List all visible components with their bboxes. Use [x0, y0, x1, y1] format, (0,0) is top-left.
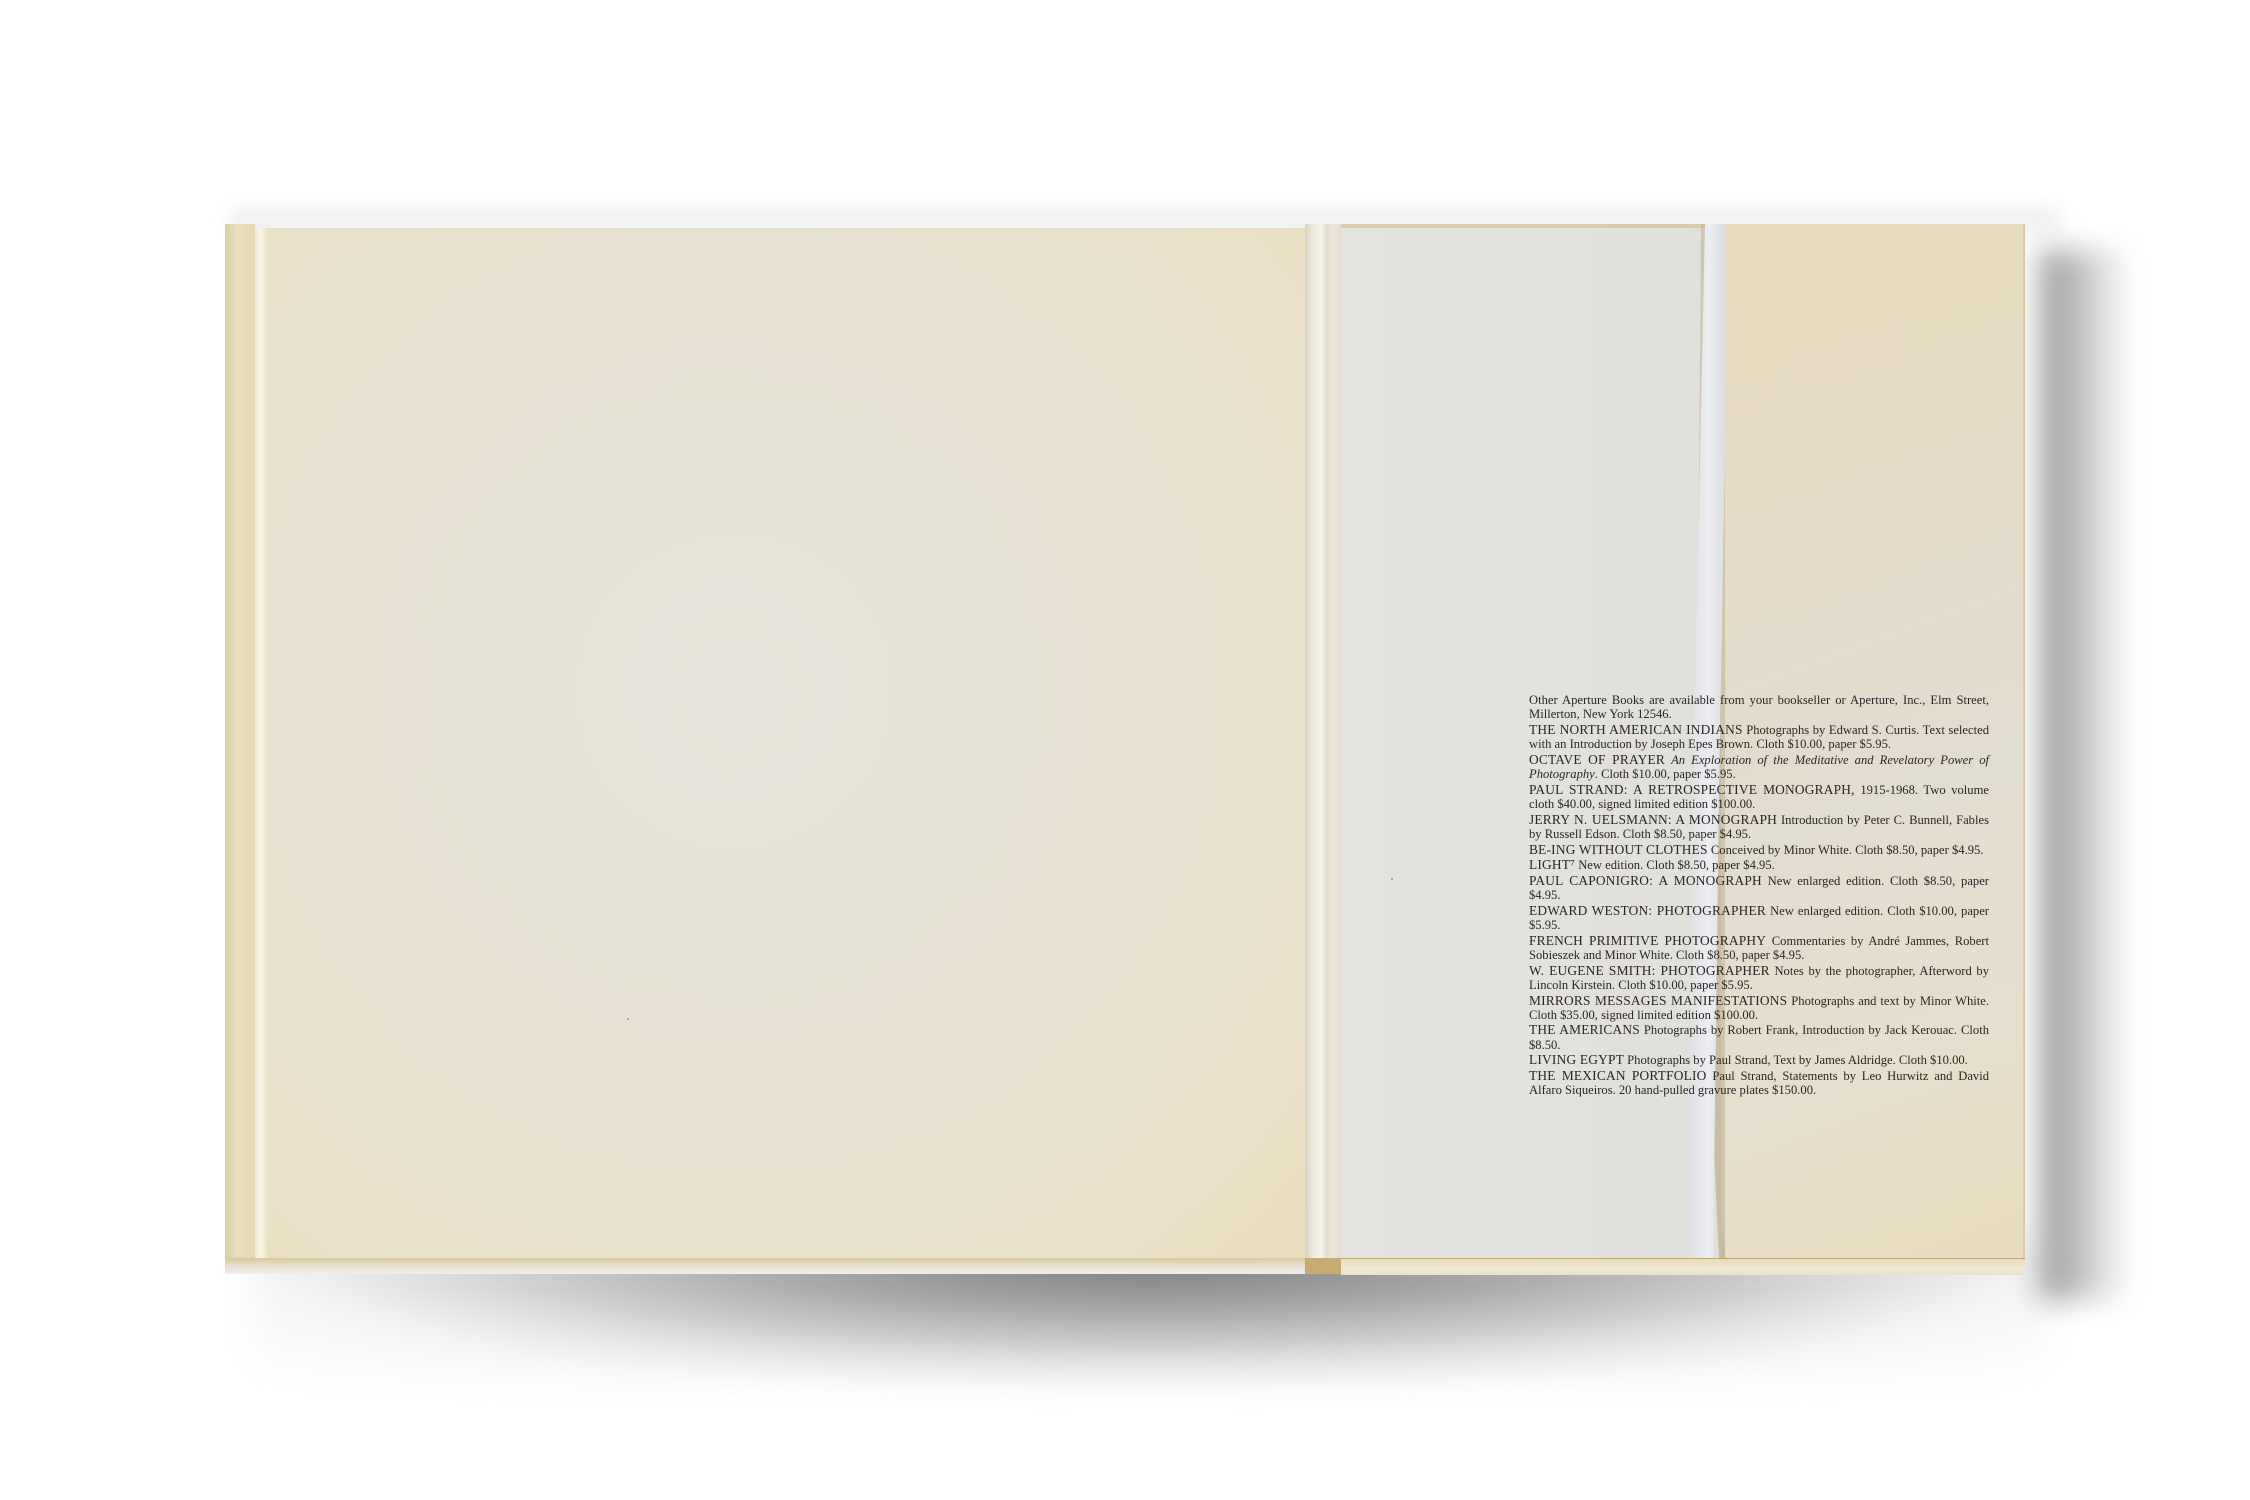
book-title: JERRY N. UELSMANN: A MONOGRAPH — [1529, 812, 1777, 827]
book-title: PAUL CAPONIGRO: A MONOGRAPH — [1529, 873, 1762, 888]
book-title: OCTAVE OF PRAYER — [1529, 752, 1665, 767]
book-title: LIGHT⁷ — [1529, 857, 1575, 872]
front-cover-bottom-edge — [1341, 1258, 2025, 1275]
paper-speck — [1391, 878, 1393, 880]
book-entry: LIVING EGYPT Photographs by Paul Strand,… — [1529, 1053, 1989, 1067]
book-title: LIVING EGYPT — [1529, 1052, 1624, 1067]
photo-stage: Other Aperture Books are available from … — [0, 0, 2250, 1500]
left-bottom-edge — [225, 1258, 1305, 1274]
book-title: MIRRORS MESSAGES MANIFESTATIONS — [1529, 993, 1787, 1008]
book-description: New edition. Cloth $8.50, paper $4.95. — [1578, 858, 1775, 872]
book-entry: JERRY N. UELSMANN: A MONOGRAPH Introduct… — [1529, 813, 1989, 841]
book-title: EDWARD WESTON: PHOTOGRAPHER — [1529, 903, 1766, 918]
book-entry: FRENCH PRIMITIVE PHOTOGRAPHY Commentarie… — [1529, 934, 1989, 962]
back-cover-board-edge — [225, 224, 255, 1272]
book-title: BE-ING WITHOUT CLOTHES — [1529, 842, 1708, 857]
book-description: Conceived by Minor White. Cloth $8.50, p… — [1711, 843, 1984, 857]
book-description: Photographs by Paul Strand, Text by Jame… — [1627, 1053, 1968, 1067]
book-entry: PAUL STRAND: A RETROSPECTIVE MONOGRAPH, … — [1529, 783, 1989, 811]
flap-intro: Other Aperture Books are available from … — [1529, 693, 1989, 721]
book-title: THE NORTH AMERICAN INDIANS — [1529, 722, 1743, 737]
paper-speck — [627, 1018, 629, 1020]
book-right-shadow — [2040, 250, 2130, 1300]
book-entry: EDWARD WESTON: PHOTOGRAPHER New enlarged… — [1529, 904, 1989, 932]
other-aperture-books-list: Other Aperture Books are available from … — [1529, 693, 1989, 1099]
blank-left-page — [267, 228, 1305, 1258]
book-title: THE AMERICANS — [1529, 1022, 1640, 1037]
book-description: . Cloth $10.00, paper $5.95. — [1595, 767, 1736, 781]
book-title: THE MEXICAN PORTFOLIO — [1529, 1068, 1707, 1083]
book-entry: THE NORTH AMERICAN INDIANS Photographs b… — [1529, 723, 1989, 751]
book-title: FRENCH PRIMITIVE PHOTOGRAPHY — [1529, 933, 1766, 948]
book-entry: PAUL CAPONIGRO: A MONOGRAPH New enlarged… — [1529, 874, 1989, 902]
book-entry: THE AMERICANS Photographs by Robert Fran… — [1529, 1023, 1989, 1051]
book-entry: OCTAVE OF PRAYER An Exploration of the M… — [1529, 753, 1989, 781]
book-entry: MIRRORS MESSAGES MANIFESTATIONS Photogra… — [1529, 994, 1989, 1022]
book-title: PAUL STRAND: A RETROSPECTIVE MONOGRAPH, — [1529, 782, 1855, 797]
spine-bottom-wear — [1305, 1258, 1345, 1274]
book-entry: BE-ING WITHOUT CLOTHES Conceived by Mino… — [1529, 843, 1989, 857]
book-entry: THE MEXICAN PORTFOLIO Paul Strand, State… — [1529, 1069, 1989, 1097]
book-title: W. EUGENE SMITH: PHOTOGRAPHER — [1529, 963, 1770, 978]
book-entry: W. EUGENE SMITH: PHOTOGRAPHER Notes by t… — [1529, 964, 1989, 992]
book-entry: LIGHT⁷ New edition. Cloth $8.50, paper $… — [1529, 858, 1989, 872]
page-block-edge — [255, 228, 267, 1258]
book-gutter-spine — [1305, 224, 1341, 1274]
